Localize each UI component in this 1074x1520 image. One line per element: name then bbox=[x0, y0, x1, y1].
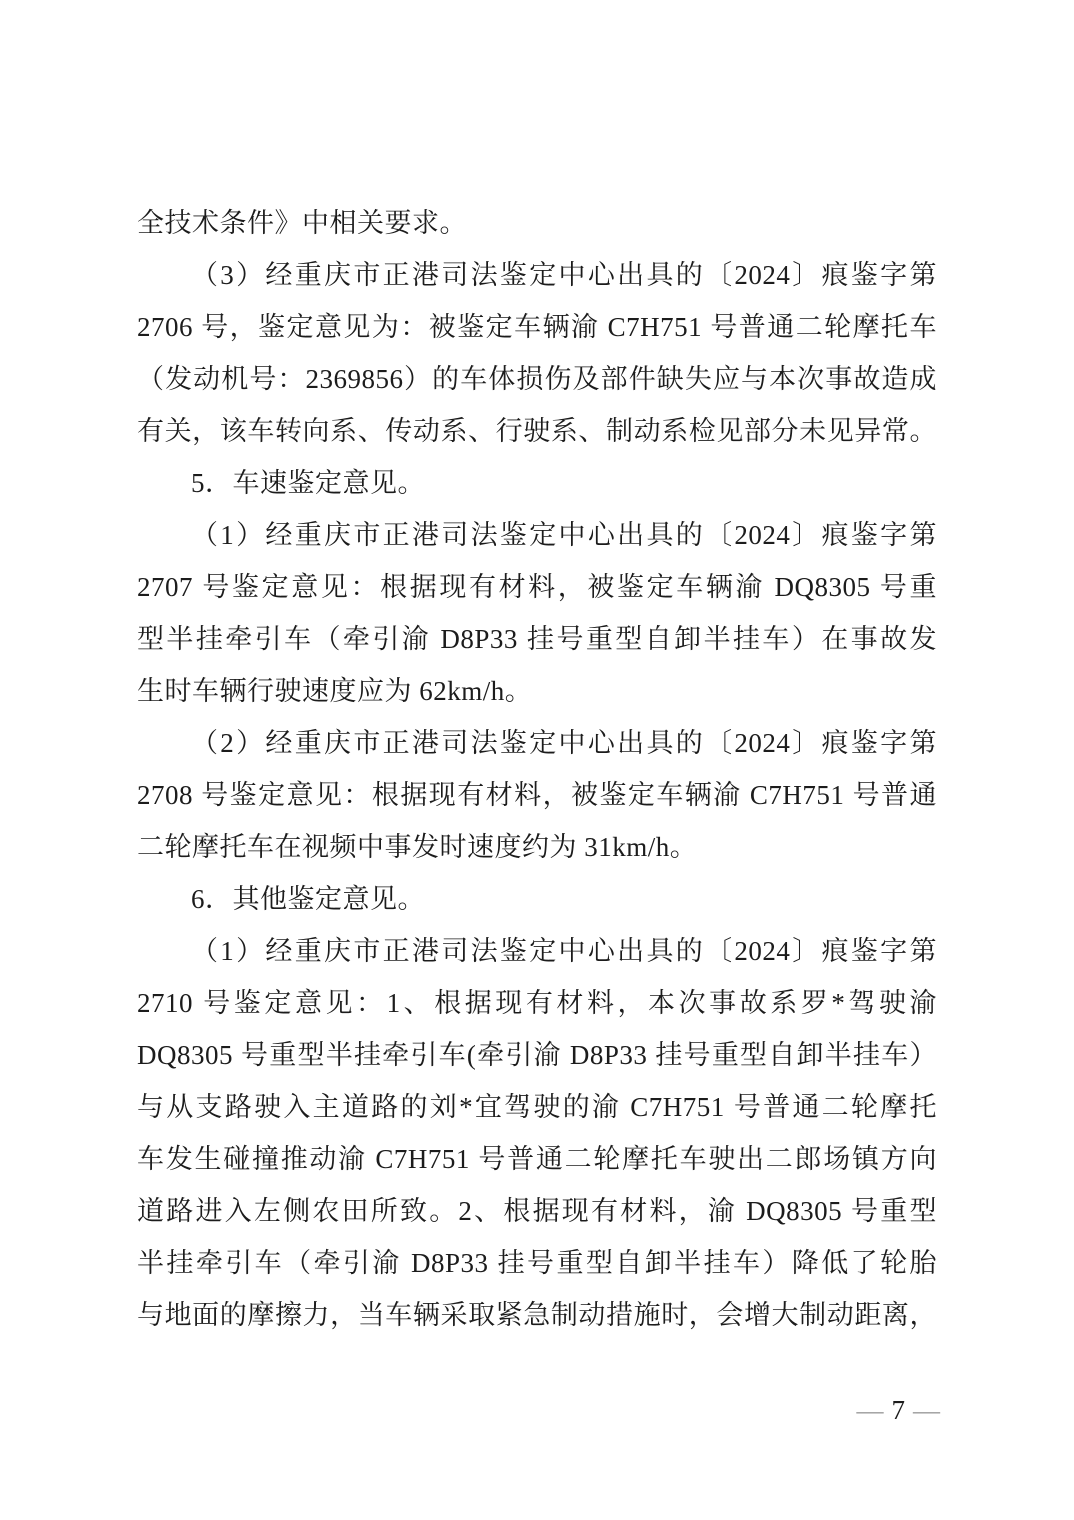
text-line: 二轮摩托车在视频中事发时速度约为 31km/h。 bbox=[137, 821, 937, 873]
text-line: 道路进入左侧农田所致。2、根据现有材料，渝 DQ8305 号重型 bbox=[137, 1185, 937, 1237]
text-line: 与地面的摩擦力，当车辆采取紧急制动措施时，会增大制动距离， bbox=[137, 1289, 937, 1341]
text-line: 5．车速鉴定意见。 bbox=[137, 457, 937, 509]
text-line: （1）经重庆市正港司法鉴定中心出具的〔2024〕痕鉴字第 bbox=[137, 509, 937, 561]
footer-left-dash: — bbox=[857, 1395, 886, 1425]
text-line: DQ8305 号重型半挂牵引车(牵引渝 D8P33 挂号重型自卸半挂车） bbox=[137, 1029, 937, 1081]
text-line: 与从支路驶入主道路的刘*宜驾驶的渝 C7H751 号普通二轮摩托 bbox=[137, 1081, 937, 1133]
document-page: 全技术条件》中相关要求。（3）经重庆市正港司法鉴定中心出具的〔2024〕痕鉴字第… bbox=[0, 0, 1074, 1520]
page-footer: —7— bbox=[857, 1393, 943, 1427]
text-line: 2707 号鉴定意见：根据现有材料，被鉴定车辆渝 DQ8305 号重 bbox=[137, 561, 937, 613]
text-line: 有关，该车转向系、传动系、行驶系、制动系检见部分未见异常。 bbox=[137, 405, 937, 457]
footer-right-dash: — bbox=[913, 1395, 942, 1425]
text-line: （发动机号：2369856）的车体损伤及部件缺失应与本次事故造成 bbox=[137, 353, 937, 405]
text-line: 2710 号鉴定意见：1、根据现有材料，本次事故系罗*驾驶渝 bbox=[137, 977, 937, 1029]
text-line: 车发生碰撞推动渝 C7H751 号普通二轮摩托车驶出二郎场镇方向 bbox=[137, 1133, 937, 1185]
page-number: 7 bbox=[886, 1395, 914, 1425]
text-line: 6．其他鉴定意见。 bbox=[137, 873, 937, 925]
text-line: 2708 号鉴定意见：根据现有材料，被鉴定车辆渝 C7H751 号普通 bbox=[137, 769, 937, 821]
text-line: 全技术条件》中相关要求。 bbox=[137, 197, 937, 249]
text-line: （1）经重庆市正港司法鉴定中心出具的〔2024〕痕鉴字第 bbox=[137, 925, 937, 977]
text-line: （2）经重庆市正港司法鉴定中心出具的〔2024〕痕鉴字第 bbox=[137, 717, 937, 769]
text-line: （3）经重庆市正港司法鉴定中心出具的〔2024〕痕鉴字第 bbox=[137, 249, 937, 301]
document-body: 全技术条件》中相关要求。（3）经重庆市正港司法鉴定中心出具的〔2024〕痕鉴字第… bbox=[137, 197, 937, 1341]
text-line: 生时车辆行驶速度应为 62km/h。 bbox=[137, 665, 937, 717]
text-line: 半挂牵引车（牵引渝 D8P33 挂号重型自卸半挂车）降低了轮胎 bbox=[137, 1237, 937, 1289]
text-line: 型半挂牵引车（牵引渝 D8P33 挂号重型自卸半挂车）在事故发 bbox=[137, 613, 937, 665]
text-line: 2706 号，鉴定意见为：被鉴定车辆渝 C7H751 号普通二轮摩托车 bbox=[137, 301, 937, 353]
